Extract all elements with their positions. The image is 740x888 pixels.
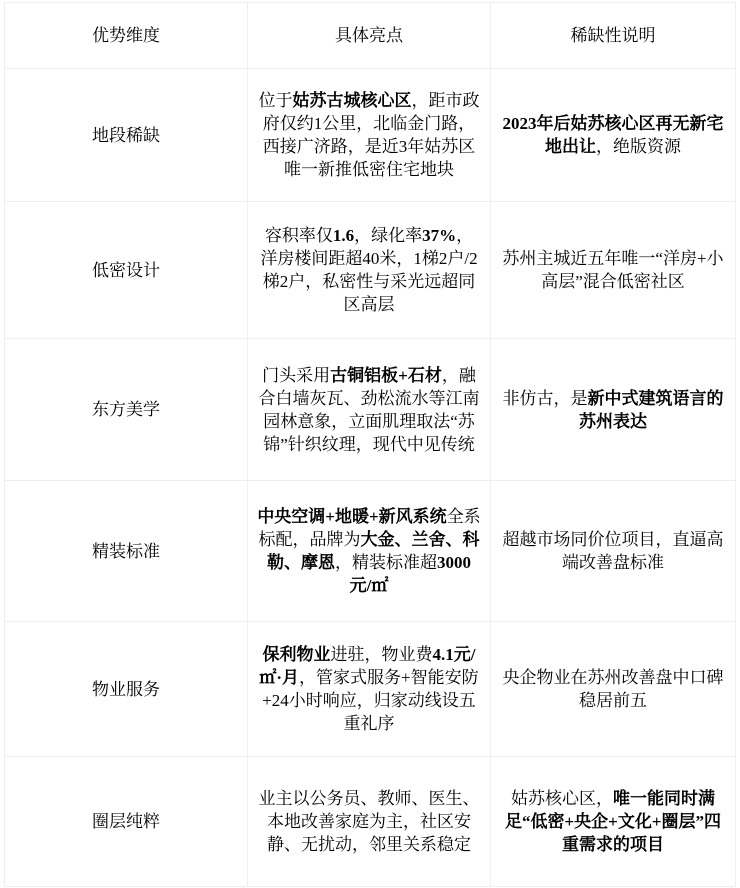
column-header-highlight: 具体亮点: [248, 3, 491, 69]
dimension-cell: 圈层纯粹: [5, 757, 248, 887]
table-body: 地段稀缺位于姑苏古城核心区，距市政府仅约1公里，北临金门路，西接广济路，是近3年…: [5, 69, 736, 887]
column-header-dimension: 优势维度: [5, 3, 248, 69]
table-row: 圈层纯粹业主以公务员、教师、医生、本地改善家庭为主，社区安静、无扰动，邻里关系稳…: [5, 757, 736, 887]
dimension-cell: 地段稀缺: [5, 69, 248, 202]
dimension-cell: 东方美学: [5, 339, 248, 481]
highlight-cell: 保利物业进驻，物业费4.1元/㎡·月，管家式服务+智能安防+24小时响应，归家动…: [248, 622, 491, 757]
scarcity-cell: 非仿古，是新中式建筑语言的苏州表达: [491, 339, 736, 481]
scarcity-cell: 姑苏核心区，唯一能同时满足“低密+央企+文化+圈层”四重需求的项目: [491, 757, 736, 887]
dimension-cell: 精装标准: [5, 481, 248, 622]
advantage-table: 优势维度 具体亮点 稀缺性说明 地段稀缺位于姑苏古城核心区，距市政府仅约1公里，…: [4, 2, 736, 887]
highlight-cell: 位于姑苏古城核心区，距市政府仅约1公里，北临金门路，西接广济路，是近3年姑苏区唯…: [248, 69, 491, 202]
table-row: 物业服务保利物业进驻，物业费4.1元/㎡·月，管家式服务+智能安防+24小时响应…: [5, 622, 736, 757]
dimension-cell: 物业服务: [5, 622, 248, 757]
highlight-cell: 门头采用古铜铝板+石材，融合白墙灰瓦、劲松流水等江南园林意象，立面肌理取法“苏锦…: [248, 339, 491, 481]
table-row: 低密设计容积率仅1.6，绿化率37%，洋房楼间距超40米，1梯2户/2梯2户，私…: [5, 202, 736, 339]
highlight-cell: 业主以公务员、教师、医生、本地改善家庭为主，社区安静、无扰动，邻里关系稳定: [248, 757, 491, 887]
scarcity-cell: 央企物业在苏州改善盘中口碑稳居前五: [491, 622, 736, 757]
table-row: 地段稀缺位于姑苏古城核心区，距市政府仅约1公里，北临金门路，西接广济路，是近3年…: [5, 69, 736, 202]
scarcity-cell: 苏州主城近五年唯一“洋房+小高层”混合低密社区: [491, 202, 736, 339]
table-header-row: 优势维度 具体亮点 稀缺性说明: [5, 3, 736, 69]
page: 优势维度 具体亮点 稀缺性说明 地段稀缺位于姑苏古城核心区，距市政府仅约1公里，…: [0, 0, 740, 888]
table-row: 精装标准中央空调+地暖+新风系统全系标配，品牌为大金、兰舍、科勒、摩恩，精装标准…: [5, 481, 736, 622]
highlight-cell: 容积率仅1.6，绿化率37%，洋房楼间距超40米，1梯2户/2梯2户，私密性与采…: [248, 202, 491, 339]
table-row: 东方美学门头采用古铜铝板+石材，融合白墙灰瓦、劲松流水等江南园林意象，立面肌理取…: [5, 339, 736, 481]
highlight-cell: 中央空调+地暖+新风系统全系标配，品牌为大金、兰舍、科勒、摩恩，精装标准超300…: [248, 481, 491, 622]
dimension-cell: 低密设计: [5, 202, 248, 339]
scarcity-cell: 2023年后姑苏核心区再无新宅地出让，绝版资源: [491, 69, 736, 202]
column-header-scarcity: 稀缺性说明: [491, 3, 736, 69]
scarcity-cell: 超越市场同价位项目，直逼高端改善盘标准: [491, 481, 736, 622]
